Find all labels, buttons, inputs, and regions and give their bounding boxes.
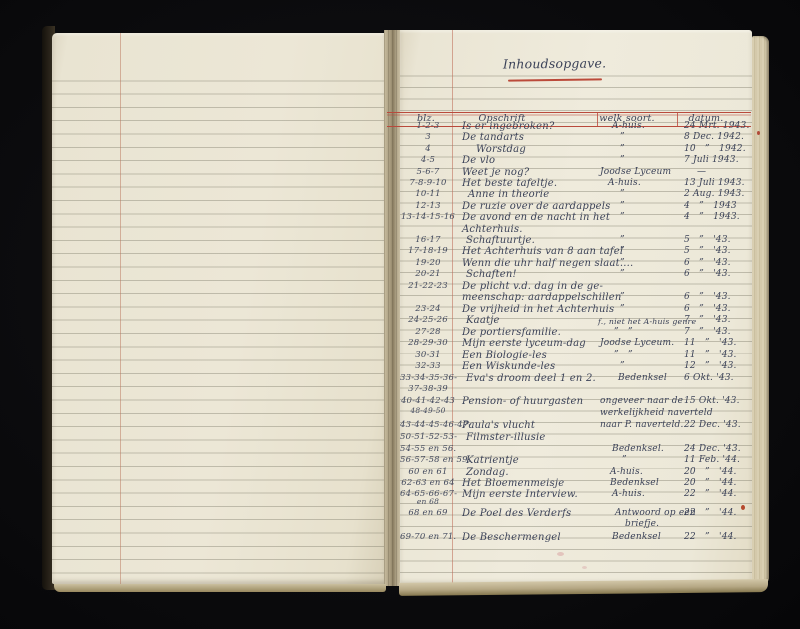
cell-soort: Bedenksel. — [612, 444, 664, 454]
table-row: 17-18-19Het Achterhuis van 8 aan tafel”5… — [400, 246, 752, 258]
cell-title: De plicht v.d. dag in de ge- — [462, 281, 603, 292]
cell-datum: 5 ” '43. — [684, 235, 731, 245]
cell-blz: 62-63 en 64 — [400, 478, 456, 488]
cell-blz: 50-51-52-53- — [400, 432, 456, 442]
cell-title: Zondag. — [466, 467, 509, 478]
cell-soort: ” — [620, 269, 625, 279]
cell-soort: f., niet het A-huis genre — [598, 317, 696, 326]
cell-title: Eva's droom deel 1 en 2. — [466, 373, 596, 384]
cell-blz: 40-41-42-43 — [400, 396, 456, 406]
cell-soort: ” — [622, 455, 627, 465]
cell-datum: 2 Aug. 1943. — [684, 189, 745, 199]
cell-title: Mijn eerste lyceum-dag — [462, 338, 586, 349]
cell-soort: ” — [620, 258, 625, 268]
cell-blz: 68 en 69 — [400, 508, 456, 518]
cell-datum: 7 ” '43. — [684, 315, 731, 325]
table-row: 56-57-58 en 59.Katrientje”11 Feb. '44. — [400, 455, 752, 467]
cell-soort: ” — [620, 155, 625, 165]
cell-blz: 69-70 en 71. — [400, 532, 456, 542]
cell-blz: 21-22-23 — [400, 281, 456, 291]
cell-datum: — — [697, 167, 706, 177]
red-speck — [741, 505, 745, 510]
cell-blz: 13-14-15-16 — [400, 212, 456, 222]
cell-title: Een Biologie-les — [462, 350, 547, 361]
cell-soort: Bedenksel — [612, 532, 661, 542]
cell-title: Schaften! — [466, 269, 517, 280]
cell-title: Een Wiskunde-les — [462, 361, 555, 372]
cell-blz: 43-44-45-46-47- — [400, 420, 456, 430]
cell-title: Filmster-illusie — [466, 432, 546, 443]
cell-blz: 23-24 — [400, 304, 456, 314]
cell-title: De tandarts — [462, 132, 524, 143]
cell-title: De portiersfamilie. — [462, 327, 561, 338]
cell-datum: 6 ” '43. — [684, 258, 731, 268]
cell-title: De Beschermengel — [462, 532, 561, 543]
cell-blz: 3 — [400, 132, 456, 142]
cell-title: De avond en de nacht in het — [462, 212, 610, 223]
cell-blz: 56-57-58 en 59. — [400, 455, 456, 465]
cell-title: Het Achterhuis van 8 aan tafel — [462, 246, 623, 257]
cell-datum: 4 ” 1943 — [684, 201, 737, 211]
cell-soort: A-huis. — [610, 467, 643, 477]
cell-soort: ” ” — [614, 350, 633, 360]
table-row: meenschap: aardappelschillen”6 ” '43. — [400, 292, 752, 304]
cell-blz: 5-6-7 — [400, 167, 456, 177]
toc-rows: 1-2-3Is er ingebroken?A-huis.24 Mrt. 194… — [400, 30, 752, 585]
cell-soort: ” — [620, 246, 625, 256]
cell-title: De Poel des Verderfs — [462, 508, 571, 519]
cell-soort: werkelijkheid naverteld — [600, 408, 713, 418]
cell-soort: Bedenksel — [610, 478, 659, 488]
table-row: 69-70 en 71.De BeschermengelBedenksel22 … — [400, 532, 752, 544]
cell-soort: ” ” — [614, 327, 633, 337]
cell-datum: 22 Dec. '43. — [684, 420, 741, 430]
table-row: 13-14-15-16De avond en de nacht in het”4… — [400, 212, 752, 224]
cell-title: Katrientje — [466, 455, 519, 466]
cell-blz: 17-18-19 — [400, 246, 456, 256]
cell-datum: 11 ” '43. — [684, 350, 737, 360]
cell-blz: 1-2-3 — [400, 121, 456, 131]
cell-soort: ongeveer naar de — [600, 396, 683, 406]
cell-datum: 15 Okt. '43. — [684, 396, 740, 406]
bottom-edge-pages-left — [54, 584, 386, 592]
cell-blz: 4-5 — [400, 155, 456, 165]
cell-blz: 20-21 — [400, 269, 456, 279]
cell-title: Worstdag — [476, 144, 526, 155]
cell-soort: ” — [620, 201, 625, 211]
cell-datum: 10 ” 1942. — [684, 144, 746, 154]
cell-datum: 6 Okt. '43. — [684, 373, 734, 383]
bottom-edge-pages-right — [399, 579, 768, 596]
table-row: 43-44-45-46-47-Paula's vluchtnaar P. nav… — [400, 420, 752, 432]
cell-title: De ruzie over de aardappels — [462, 201, 610, 212]
cell-datum: 24 Dec. '43. — [684, 444, 741, 454]
cell-blz: 32-33 — [400, 361, 456, 371]
cell-datum: 22 ” '44. — [684, 489, 737, 499]
cell-blz: 48-49-50 — [400, 406, 456, 415]
cell-blz: 54-55 en 56. — [400, 444, 456, 454]
cell-datum: 6 ” '43. — [684, 292, 731, 302]
cell-datum: 12 ” '43. — [684, 361, 737, 371]
cell-title: Is er ingebroken? — [462, 121, 554, 132]
cell-soort: ” — [620, 132, 625, 142]
cell-blz: en 68 — [400, 497, 456, 506]
fore-edge-pages — [752, 36, 769, 586]
cell-datum: 11 ” '43. — [684, 338, 737, 348]
table-row: 28-29-30Mijn eerste lyceum-dagJoodse Lyc… — [400, 338, 752, 350]
cell-datum: 20 ” '44. — [684, 467, 737, 477]
cell-title: Pension- of huurgasten — [462, 396, 583, 407]
cell-datum: 5 ” '43. — [684, 246, 731, 256]
red-speck — [757, 131, 760, 135]
cell-title: Achterhuis. — [462, 224, 523, 235]
cell-blz: 27-28 — [400, 327, 456, 337]
cell-datum: 20 ” '44. — [684, 478, 737, 488]
pink-stain — [582, 566, 587, 569]
cell-blz: 7-8-9-10 — [400, 178, 456, 188]
table-row: 48-49-50werkelijkheid naverteld — [400, 408, 752, 420]
cell-blz: 33-34-35-36- — [400, 373, 456, 383]
left-page — [52, 33, 386, 584]
cell-title: Anne in theorie — [468, 189, 549, 200]
cell-soort: Joodse Lyceum — [600, 167, 671, 177]
cell-soort: ” — [620, 304, 625, 314]
cell-title: meenschap: aardappelschillen — [462, 292, 622, 303]
cell-title: De vlo — [462, 155, 495, 166]
cell-blz: 16-17 — [400, 235, 456, 245]
left-page-ruling — [52, 68, 386, 584]
cell-soort: ” — [620, 292, 625, 302]
cell-soort: briefje. — [625, 519, 659, 529]
cell-datum: 22 ” '44. — [684, 508, 737, 518]
cell-datum: 6 ” '43. — [684, 269, 731, 279]
cell-datum: 22 ” '44. — [684, 532, 737, 542]
cell-blz: 24-25-26 — [400, 315, 456, 325]
cell-datum: 13 Juli 1943. — [684, 178, 745, 188]
table-row: 10-11Anne in theorie”2 Aug. 1943. — [400, 189, 752, 201]
cell-title: Wenn die uhr half negen slaat.... — [462, 258, 633, 269]
cell-title: Schaftuurtje. — [466, 235, 535, 246]
cell-datum: 7 ” '43. — [684, 327, 731, 337]
cell-soort: A-huis. — [612, 489, 645, 499]
table-row: 32-33Een Wiskunde-les”12 ” '43. — [400, 361, 752, 373]
cell-title: Kaatje — [466, 315, 500, 326]
cell-soort: Bedenksel — [618, 373, 667, 383]
cell-soort: A-huis. — [612, 121, 645, 131]
table-row: 3De tandarts”8 Dec. 1942. — [400, 132, 752, 144]
cell-blz: 4 — [400, 144, 456, 154]
table-row: 37-38-39 — [400, 384, 752, 396]
cell-datum: 7 Juli 1943. — [684, 155, 739, 165]
cell-datum: 4 ” 1943. — [684, 212, 740, 222]
table-row: 50-51-52-53-Filmster-illusie — [400, 432, 752, 444]
cell-datum: 11 Feb. '44. — [684, 455, 740, 465]
cell-soort: ” — [620, 212, 625, 222]
cell-title: De vrijheid in het Achterhuis — [462, 304, 614, 315]
cell-soort: A-huis. — [608, 178, 641, 188]
cell-title: Paula's vlucht — [462, 420, 535, 431]
cell-soort: Joodse Lyceum. — [600, 338, 674, 348]
table-row: 20-21Schaften!”6 ” '43. — [400, 269, 752, 281]
cell-datum: 24 Mrt. 1943. — [684, 121, 750, 131]
cell-soort: ” — [620, 361, 625, 371]
cell-blz: 37-38-39 — [400, 384, 456, 394]
cell-datum: 8 Dec. 1942. — [684, 132, 744, 142]
table-row: 4-5De vlo”7 Juli 1943. — [400, 155, 752, 167]
cell-blz: 28-29-30 — [400, 338, 456, 348]
photo-frame: Inhoudsopgave. blz. Opschrift welk soort… — [0, 0, 800, 629]
cell-title: Het Bloemenmeisje — [462, 478, 564, 489]
cell-blz: 12-13 — [400, 201, 456, 211]
cell-blz: 60 en 61 — [400, 467, 456, 477]
cell-soort: ” — [620, 235, 625, 245]
table-row: 24-25-26Kaatjef., niet het A-huis genre7… — [400, 315, 752, 327]
cell-blz: 10-11 — [400, 189, 456, 199]
left-page-margin-line — [120, 33, 121, 584]
cell-blz: 19-20 — [400, 258, 456, 268]
table-row: briefje. — [400, 519, 752, 531]
cell-soort: naar P. naverteld. — [600, 420, 684, 430]
cell-datum: 6 ” '43. — [684, 304, 731, 314]
right-page: Inhoudsopgave. blz. Opschrift welk soort… — [400, 30, 752, 585]
pink-stain — [557, 552, 564, 556]
cell-title: Het beste tafeltje. — [462, 178, 557, 189]
cell-soort: ” — [620, 144, 625, 154]
cell-soort: ” — [620, 189, 625, 199]
cell-blz: 30-31 — [400, 350, 456, 360]
cell-title: Weet je nog? — [462, 167, 529, 178]
